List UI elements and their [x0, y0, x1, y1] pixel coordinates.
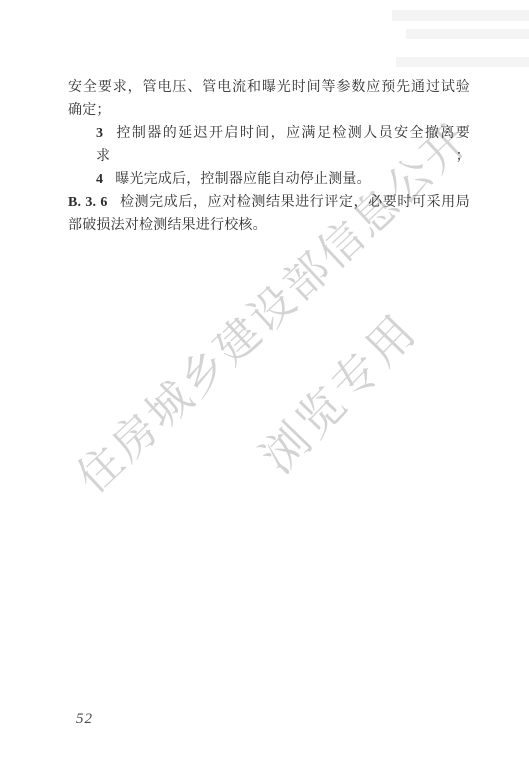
text-line-content: 部破损法对检测结果进行校核。	[68, 218, 267, 233]
body-text: 安全要求，管电压、管电流和曝光时间等参数应预先通过试验 确定； 3控制器的延迟开…	[68, 76, 470, 237]
watermark-secondary: 浏览专用	[251, 303, 427, 483]
text-line-content: 检测完成后，应对检测结果进行评定，必要时可采用局	[120, 195, 470, 210]
text-line-content: 安全要求，管电压、管电流和曝光时间等参数应预先通过试验	[68, 80, 470, 95]
document-page: 住房城乡建设部信息公开 浏览专用 安全要求，管电压、管电流和曝光时间等参数应预先…	[0, 0, 529, 766]
page-number: 52	[76, 711, 93, 728]
clause-number: B. 3. 6	[68, 195, 108, 210]
text-line: 确定；	[68, 99, 470, 122]
text-line: 4曝光完成后，控制器应能自动停止测量。	[68, 168, 470, 191]
text-line-content: 控制器的延迟开启时间，应满足检测人员安全撤离要求；	[96, 126, 470, 164]
clause-number: 3	[96, 126, 103, 141]
scan-artifact-band	[392, 10, 529, 21]
scan-artifact-band	[406, 29, 529, 39]
text-line-content: 曝光完成后，控制器应能自动停止测量。	[115, 172, 371, 187]
text-line-content: 确定；	[68, 103, 111, 118]
text-line: 部破损法对检测结果进行校核。	[68, 214, 470, 237]
text-line: 安全要求，管电压、管电流和曝光时间等参数应预先通过试验	[68, 76, 470, 99]
clause-number: 4	[96, 172, 103, 187]
text-line: B. 3. 6检测完成后，应对检测结果进行评定，必要时可采用局	[68, 191, 470, 214]
scan-artifact-band	[396, 57, 529, 67]
text-line: 3控制器的延迟开启时间，应满足检测人员安全撤离要求；	[68, 122, 470, 168]
